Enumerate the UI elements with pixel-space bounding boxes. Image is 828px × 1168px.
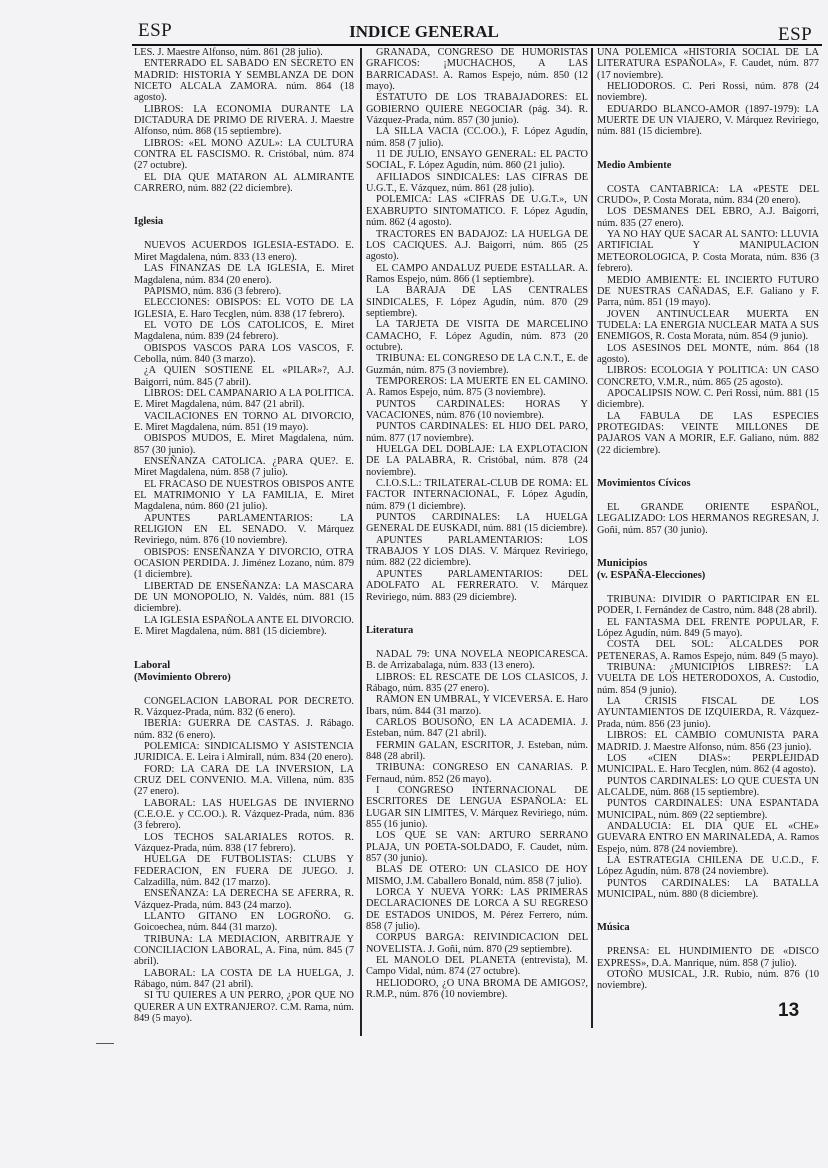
index-entry: LIBROS: EL CAMBIO COMUNISTA PARA MADRID.… [597,730,819,753]
column-divider [591,48,593,1028]
section-heading: Movimientos Cívicos [597,478,819,490]
index-entry: PUNTOS CARDINALES: HORAS Y VACACIONES, n… [366,399,588,422]
index-entry: EL DIA QUE MATARON AL ALMIRANTE CARRERO,… [134,172,354,195]
index-entry: EL FANTASMA DEL FRENTE POPULAR, F. López… [597,617,819,640]
index-entry-continued: UNA POLEMICA «HISTORIA SOCIAL DE LA LITE… [597,47,819,81]
index-entry: 11 DE JULIO, ENSAYO GENERAL: EL PACTO SO… [366,149,588,172]
index-entry: AFILIADOS SINDICALES: LAS CIFRAS DE U.G.… [366,172,588,195]
index-entry-continued: LES. J. Maestre Alfonso, núm. 861 (28 ju… [134,47,354,58]
index-entry: VACILACIONES EN TORNO AL DIVORCIO, E. Mi… [134,411,354,434]
index-entry: COSTA DEL SOL: ALCALDES POR PETENERAS, A… [597,639,819,662]
index-column-1: LES. J. Maestre Alfonso, núm. 861 (28 ju… [134,47,354,1024]
index-entry: RAMON EN UMBRAL, Y VICEVERSA. E. Haro Ib… [366,694,588,717]
index-entry: LA IGLESIA ESPAÑOLA ANTE EL DIVORCIO. E.… [134,615,354,638]
index-entry: LIBROS: LA ECONOMIA DURANTE LA DICTADURA… [134,104,354,138]
section-heading: Laboral(Movimiento Obrero) [134,660,354,684]
index-entry: ENTERRADO EL SABADO EN SECRETO EN MADRID… [134,58,354,103]
index-entry: JOVEN ANTINUCLEAR MUERTA EN TUDELA: LA E… [597,309,819,343]
section-heading: Municipios(v. ESPAÑA-Elecciones) [597,558,819,582]
index-entry: ¿A QUIEN SOSTIENE EL «PILAR»?, A.J. Baig… [134,365,354,388]
index-entry: FERMIN GALAN, ESCRITOR, J. Esteban, núm.… [366,740,588,763]
section-subtitle: (Movimiento Obrero) [134,672,354,684]
index-entry: EL CAMPO ANDALUZ PUEDE ESTALLAR. A. Ramo… [366,263,588,286]
index-entry: BLAS DE OTERO: UN CLASICO DE HOY MISMO, … [366,864,588,887]
index-entry: HUELGA DEL DOBLAJE: LA EXPLOTACION DE LA… [366,444,588,478]
index-entry: LIBROS: «EL MONO AZUL»: LA CULTURA CONTR… [134,138,354,172]
index-entry: APUNTES PARLAMENTARIOS: DEL ADOLFATO AL … [366,569,588,603]
index-entry: OTOÑO MUSICAL, J.R. Rubio, núm. 876 (10 … [597,969,819,992]
index-entry: HELIODOROS. C. Peri Rossi, núm. 878 (24 … [597,81,819,104]
index-entry: EL GRANDE ORIENTE ESPAÑOL, LEGALIZADO: L… [597,502,819,536]
index-entry: APUNTES PARLAMENTARIOS: LOS TRABAJOS Y L… [366,535,588,569]
index-entry: POLEMICA: SINDICALISMO Y ASISTENCIA JURI… [134,741,354,764]
section-title: Movimientos Cívicos [597,478,691,489]
section-subtitle: (v. ESPAÑA-Elecciones) [597,570,819,582]
index-entry: TRIBUNA: DIVIDIR O PARTICIPAR EN EL PODE… [597,594,819,617]
section-heading: Iglesia [134,216,354,228]
index-entry: LOS QUE SE VAN: ARTURO SERRANO PLAJA, UN… [366,830,588,864]
index-entry: EDUARDO BLANCO-AMOR (1897-1979): LA MUER… [597,104,819,138]
index-entry: CONGELACION LABORAL POR DECRETO. R. Vázq… [134,696,354,719]
index-column-3: UNA POLEMICA «HISTORIA SOCIAL DE LA LITE… [597,47,819,992]
section-heading: Literatura [366,625,588,637]
index-entry: TRIBUNA: CONGRESO EN CANARIAS. P. Fernau… [366,762,588,785]
section-title: Literatura [366,625,413,636]
index-entry: SI TU QUIERES A UN PERRO, ¿POR QUE NO QU… [134,990,354,1024]
index-entry: TRACTORES EN BADAJOZ: LA HUELGA DE LOS C… [366,229,588,263]
index-entry: FORD: LA CARA DE LA INVERSION, LA CRUZ D… [134,764,354,798]
index-entry: LA SILLA VACIA (CC.OO.), F. López Agudín… [366,126,588,149]
index-entry: TRIBUNA: LA MEDIACION, ARBITRAJE Y CONCI… [134,934,354,968]
index-entry: LIBROS: DEL CAMPANARIO A LA POLITICA. E.… [134,388,354,411]
index-entry: LIBROS: ECOLOGIA Y POLITICA: UN CASO CON… [597,365,819,388]
index-entry: LIBROS: EL RESCATE DE LOS CLASICOS, J. R… [366,672,588,695]
index-entry: I CONGRESO INTERNACIONAL DE ESCRITORES D… [366,785,588,830]
index-entry: LORCA Y NUEVA YORK: LAS PRIMERAS DECLARA… [366,887,588,932]
index-entry: PUNTOS CARDINALES: EL HIJO DEL PARO, núm… [366,421,588,444]
index-page: ESP INDICE GENERAL ESP LES. J. Maestre A… [0,0,828,1168]
index-entry: APOCALIPSIS NOW. C. Peri Rossi, núm. 881… [597,388,819,411]
index-entry: CORPUS BARGA: REIVINDICACION DEL NOVELIS… [366,932,588,955]
index-column-2: GRANADA, CONGRESO DE HUMORISTAS GRAFICOS… [366,47,588,1001]
section-heading: Medio Ambiente [597,160,819,172]
index-entry: LOS DESMANES DEL EBRO, A.J. Baigorri, nú… [597,206,819,229]
index-entry: IBERIA: GUERRA DE CASTAS. J. Rábago. núm… [134,718,354,741]
section-title: Iglesia [134,216,163,227]
index-entry: ENSEÑANZA CATOLICA. ¿PARA QUE?. E. Miret… [134,456,354,479]
index-entry: LABORAL: LAS HUELGAS DE INVIERNO (C.E.O.… [134,798,354,832]
index-entry: EL VOTO DE LOS CATOLICOS, E. Miret Magda… [134,320,354,343]
index-entry: LIBERTAD DE ENSEÑANZA: LA MASCARA DE UN … [134,581,354,615]
index-entry: LA TARJETA DE VISITA DE MARCELINO CAMACH… [366,319,588,353]
index-entry: TRIBUNA: EL CONGRESO DE LA C.N.T., E. de… [366,353,588,376]
column-divider [360,48,362,1036]
index-entry: LA BARAJA DE LAS CENTRALES SINDICALES, F… [366,285,588,319]
index-entry: LLANTO GITANO EN LOGROÑO. G. Goicoechea,… [134,911,354,934]
index-entry: TEMPOREROS: LA MUERTE EN EL CAMINO. A. R… [366,376,588,399]
index-entry: ELECCIONES: OBISPOS: EL VOTO DE LA IGLES… [134,297,354,320]
section-heading: Música [597,922,819,934]
index-entry: C.I.O.S.L.: TRILATERAL-CLUB DE ROMA: EL … [366,478,588,512]
index-entry: LA ESTRATEGIA CHILENA DE U.C.D., F. Lópe… [597,855,819,878]
index-entry: LOS TECHOS SALARIALES ROTOS. R. Vázquez-… [134,832,354,855]
section-title: Medio Ambiente [597,160,671,171]
index-entry: COSTA CANTABRICA: LA «PESTE DEL CRUDO», … [597,184,819,207]
index-entry: MEDIO AMBIENTE: EL INCIERTO FUTURO DE NU… [597,275,819,309]
index-entry: LA CRISIS FISCAL DE LOS AYUNTAMIENTOS DE… [597,696,819,730]
index-entry: LOS ASESINOS DEL MONTE, núm. 864 (18 ago… [597,343,819,366]
index-entry: GRANADA, CONGRESO DE HUMORISTAS GRAFICOS… [366,47,588,92]
index-entry: ANDALUCIA: EL DIA QUE EL «CHE» GUEVARA E… [597,821,819,855]
index-entry: PRENSA: EL HUNDIMIENTO DE «DISCO EXPRESS… [597,946,819,969]
index-entry: PUNTOS CARDINALES: LA HUELGA GENERAL DE … [366,512,588,535]
index-entry: POLEMICA: LAS «CIFRAS DE U.G.T.», UN EXA… [366,194,588,228]
index-entry: LA FABULA DE LAS ESPECIES PROTEGIDAS: VE… [597,411,819,456]
section-title: Municipios [597,558,647,569]
index-entry: NADAL 79: UNA NOVELA NEOPICARESCA. B. de… [366,649,588,672]
page-number: 13 [778,1000,799,1022]
header-right-label: ESP [778,24,812,46]
index-entry: PAPISMO, núm. 836 (3 febrero). [134,286,354,297]
index-entry: PUNTOS CARDINALES: LA BATALLA MUNICIPAL,… [597,878,819,901]
index-entry: OBISPOS VASCOS PARA LOS VASCOS, F. Cebol… [134,343,354,366]
index-entry: EL FRACASO DE NUESTROS OBISPOS ANTE EL M… [134,479,354,513]
section-title: Música [597,922,630,933]
index-entry: OBISPOS: ENSEÑANZA Y DIVORCIO, OTRA OCAS… [134,547,354,581]
index-entry: LABORAL: LA COSTA DE LA HUELGA, J. Rábag… [134,968,354,991]
header-rule [132,44,822,46]
index-entry: EL MANOLO DEL PLANETA (entrevista), M. C… [366,955,588,978]
index-entry: PUNTOS CARDINALES: UNA ESPANTADA MUNICIP… [597,798,819,821]
index-entry: CARLOS BOUSOÑO, EN LA ACADEMIA. J. Esteb… [366,717,588,740]
index-entry: TRIBUNA: ¿MUNICIPIOS LIBRES?: LA VUELTA … [597,662,819,696]
margin-mark [96,1043,114,1044]
index-entry: OBISPOS MUDOS, E. Miret Magdalena, núm. … [134,433,354,456]
index-entry: PUNTOS CARDINALES: LO QUE CUESTA UN ALCA… [597,776,819,799]
index-entry: YA NO HAY QUE SACAR AL SANTO: LLUVIA ART… [597,229,819,274]
index-entry: ENSEÑANZA: LA DERECHA SE AFERRA, R. Vázq… [134,888,354,911]
index-entry: LOS «CIEN DIAS»: PERPLEJIDAD MUNICIPAL. … [597,753,819,776]
page-title: INDICE GENERAL [0,22,828,42]
index-entry: APUNTES PARLAMENTARIOS: LA RELIGION EN E… [134,513,354,547]
index-entry: LAS FINANZAS DE LA IGLESIA, E. Miret Mag… [134,263,354,286]
index-entry: HELIODORO, ¿O UNA BROMA DE AMIGOS?, R.M.… [366,978,588,1001]
index-entry: HUELGA DE FUTBOLISTAS: CLUBS Y FEDERACIO… [134,854,354,888]
section-title: Laboral [134,660,170,671]
index-entry: ESTATUTO DE LOS TRABAJADORES: EL GOBIERN… [366,92,588,126]
index-entry: NUEVOS ACUERDOS IGLESIA-ESTADO. E. Miret… [134,240,354,263]
